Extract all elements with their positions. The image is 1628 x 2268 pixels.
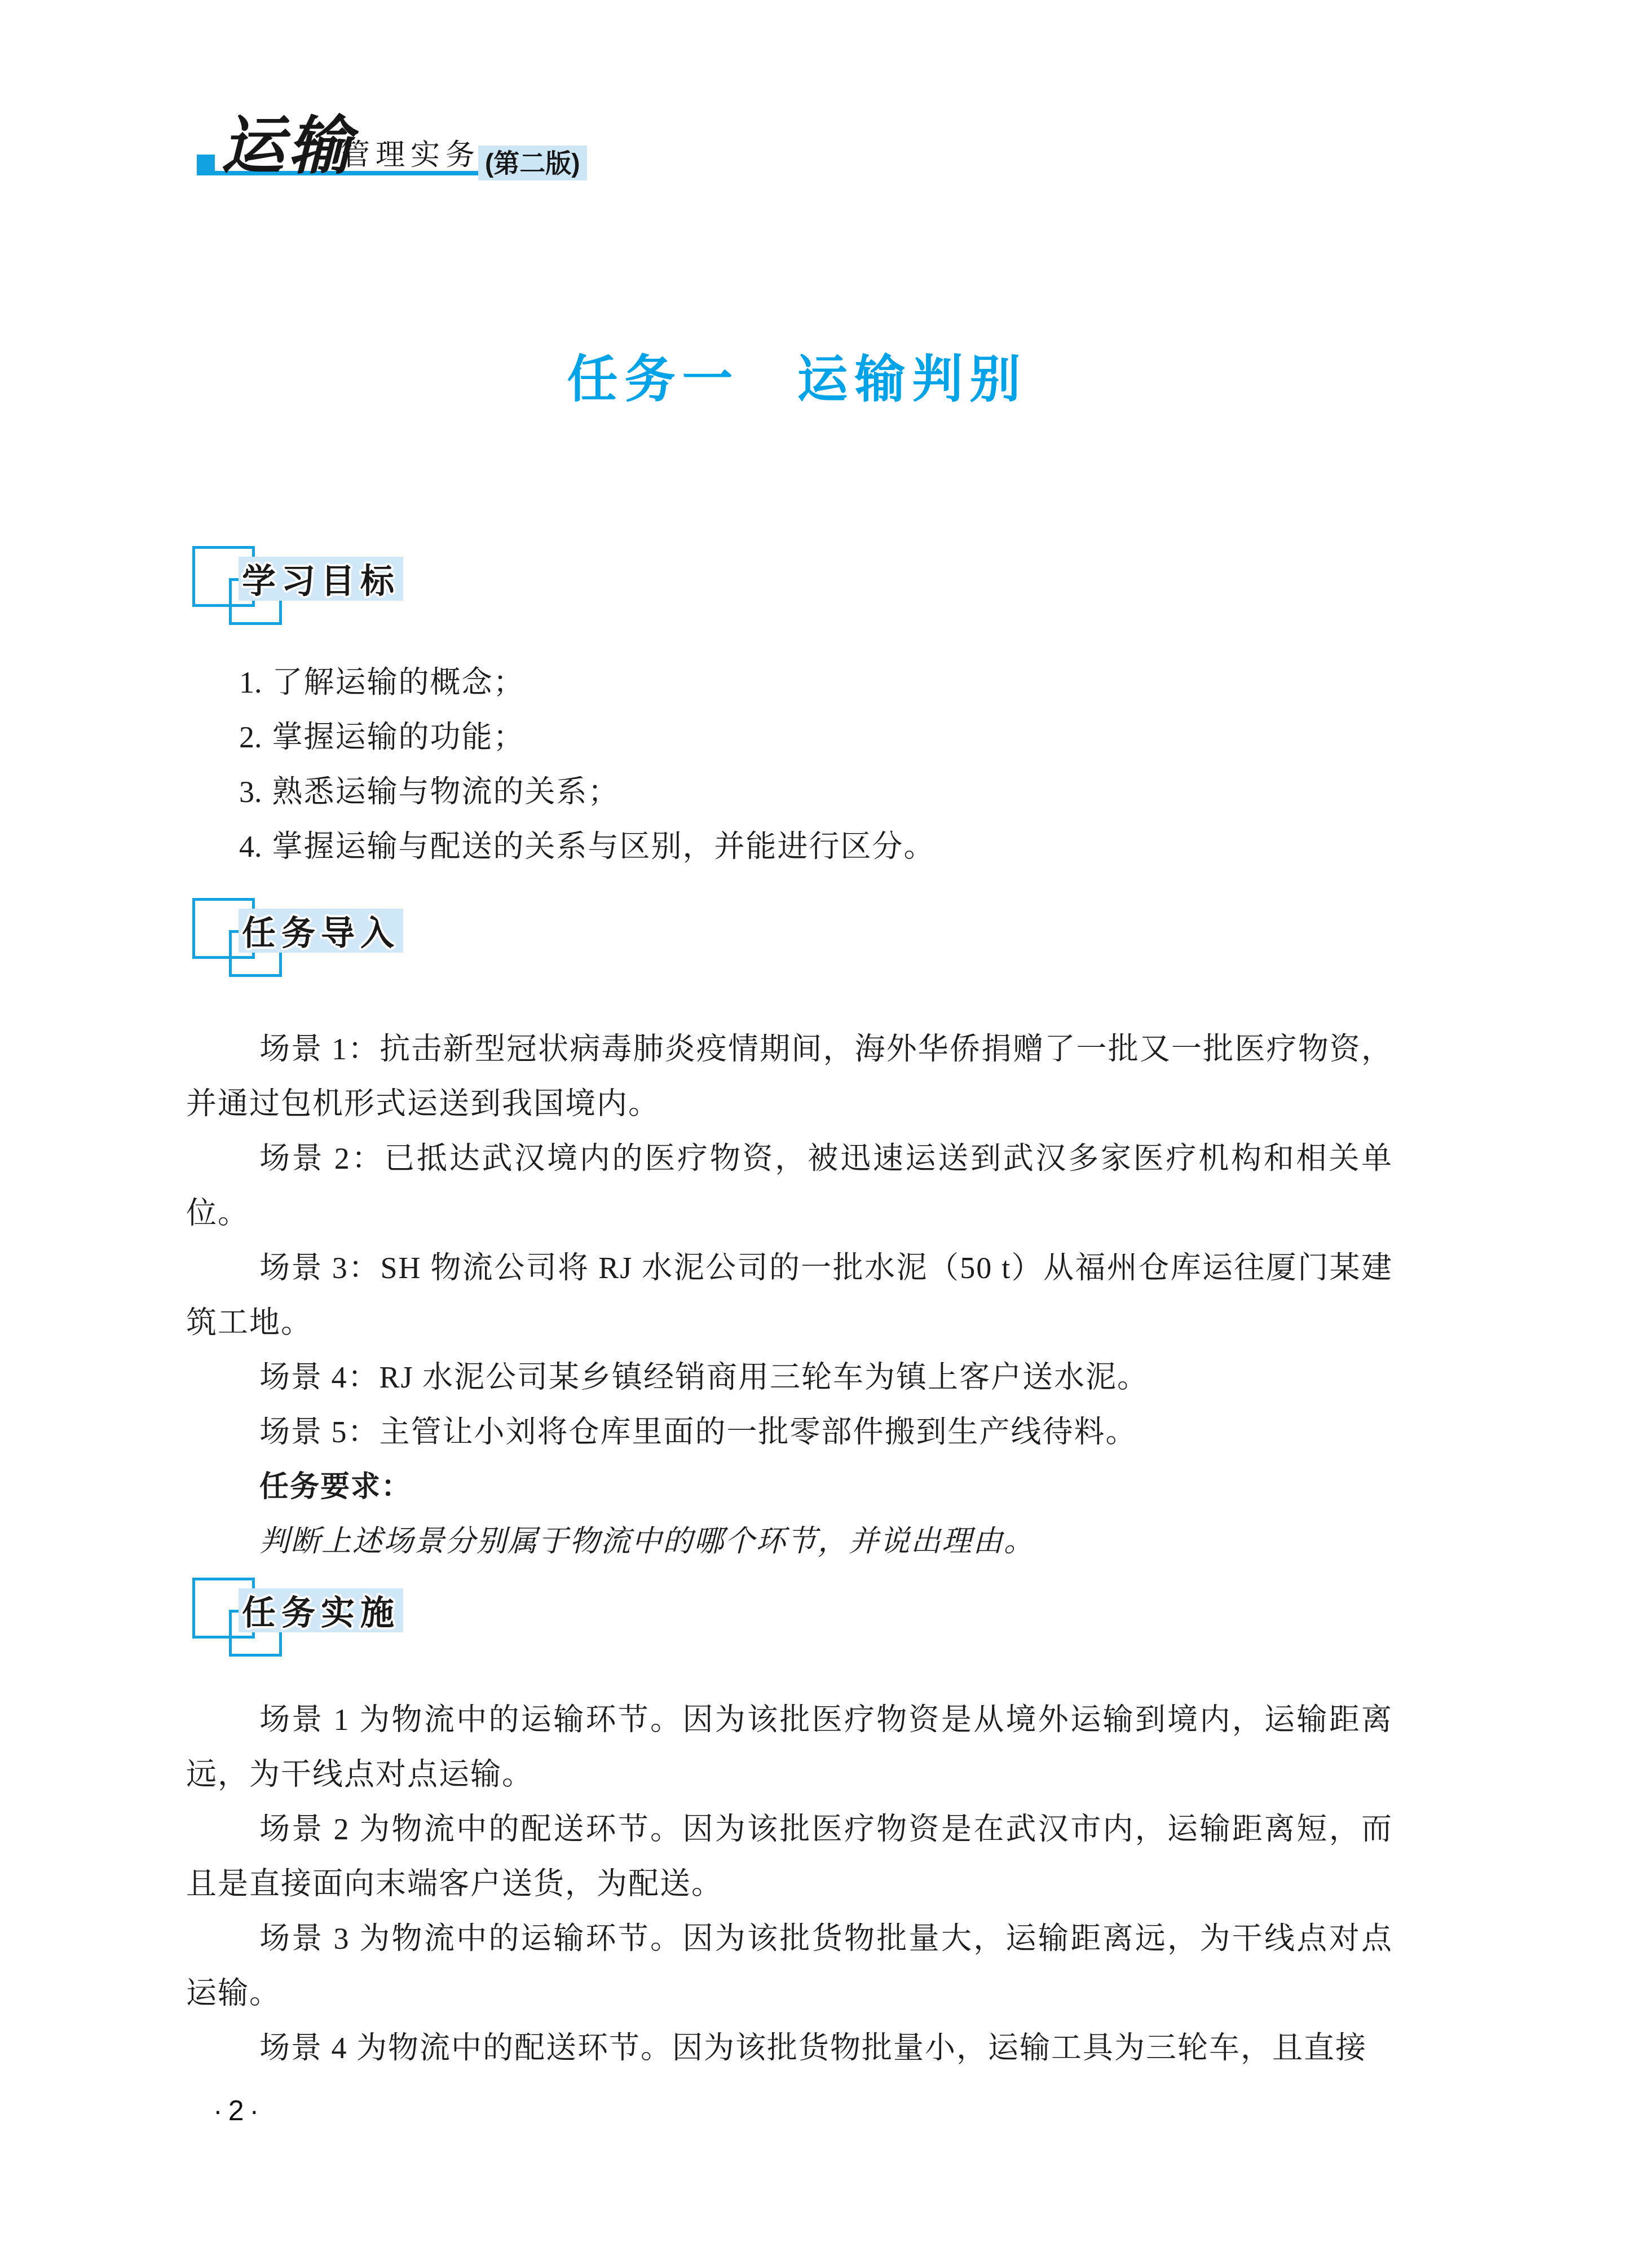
paragraph-answer-scene-3: 场景 3 为物流中的运输环节。因为该批货物批量大，运输距离远，为干线点对点运输。 — [186, 1912, 1393, 2021]
task-implementation-body: 场景 1 为物流中的运输环节。因为该批医疗物资是从境外运输到境内，运输距离远，为… — [186, 1693, 1393, 2076]
list-item-text: 了解运输的概念； — [272, 666, 525, 699]
section-heading-text: 任务导入 — [242, 906, 400, 955]
list-item-number: 2. — [239, 710, 262, 765]
section-header-learning-objectives: 学习目标 — [192, 546, 440, 628]
list-item-text: 掌握运输与配送的关系与区别，并能进行区分。 — [272, 830, 936, 864]
task-requirement-text: 判断上述场景分别属于物流中的哪个环节，并说出理由。 — [186, 1514, 1393, 1569]
paragraph-answer-scene-4: 场景 4 为物流中的配送环节。因为该批货物批量小，运输工具为三轮车，且直接 — [186, 2021, 1393, 2076]
edition-badge: (第二版) — [478, 146, 587, 180]
chapter-title: 任务一 运输判别 — [0, 351, 1611, 409]
paragraph-answer-scene-1: 场景 1 为物流中的运输环节。因为该批医疗物资是从境外运输到境内，运输距离远，为… — [186, 1693, 1393, 1802]
list-item: 3.熟悉运输与物流的关系； — [239, 765, 1393, 820]
section-heading-bar: 任务导入 — [239, 909, 403, 953]
list-item-number: 3. — [239, 765, 262, 820]
list-item-text: 掌握运输的功能； — [272, 720, 525, 754]
section-heading-text: 学习目标 — [242, 554, 400, 603]
paragraph-scene-4: 场景 4：RJ 水泥公司某乡镇经销商用三轮车为镇上客户送水泥。 — [186, 1350, 1393, 1405]
list-item-number: 4. — [239, 820, 262, 874]
paragraph-scene-3: 场景 3：SH 物流公司将 RJ 水泥公司的一批水泥（50 t）从福州仓库运往厦… — [186, 1241, 1393, 1350]
paragraph-scene-1: 场景 1：抗击新型冠状病毒肺炎疫情期间，海外华侨捐赠了一批又一批医疗物资，并通过… — [186, 1022, 1393, 1131]
paragraph-scene-5: 场景 5：主管让小刘将仓库里面的一批零部件搬到生产线待料。 — [186, 1405, 1393, 1460]
list-item-text: 熟悉运输与物流的关系； — [272, 775, 620, 809]
logo-square-decor — [197, 155, 215, 173]
section-heading-text: 任务实施 — [242, 1586, 400, 1635]
section-header-task-implementation: 任务实施 — [192, 1578, 440, 1659]
section-heading-bar: 学习目标 — [239, 557, 403, 601]
paragraph-scene-2: 场景 2：已抵达武汉境内的医疗物资，被迅速运送到武汉多家医疗机构和相关单位。 — [186, 1131, 1393, 1241]
list-item: 1.了解运输的概念； — [239, 655, 1393, 710]
page-number: ·2· — [213, 2095, 264, 2126]
list-item-number: 1. — [239, 655, 262, 710]
section-header-task-intro: 任务导入 — [192, 898, 440, 980]
section-heading-bar: 任务实施 — [239, 1588, 403, 1632]
paragraph-answer-scene-2: 场景 2 为物流中的配送环节。因为该批医疗物资是在武汉市内，运输距离短，而且是直… — [186, 1802, 1393, 1912]
list-item: 2.掌握运输的功能； — [239, 710, 1393, 765]
textbook-page: 运输 管理实务 (第二版) 任务一 运输判别 学习目标 1.了解运输的概念； 2… — [0, 0, 1628, 2268]
task-intro-body: 场景 1：抗击新型冠状病毒肺炎疫情期间，海外华侨捐赠了一批又一批医疗物资，并通过… — [186, 1022, 1393, 1569]
task-requirement-label: 任务要求： — [186, 1460, 1393, 1514]
list-item: 4.掌握运输与配送的关系与区别，并能进行区分。 — [239, 820, 1393, 874]
book-logo-script: 运输 — [221, 113, 354, 180]
learning-objectives-list: 1.了解运输的概念； 2.掌握运输的功能； 3.熟悉运输与物流的关系； 4.掌握… — [239, 655, 1393, 874]
book-series-title: 管理实务 — [341, 139, 480, 171]
